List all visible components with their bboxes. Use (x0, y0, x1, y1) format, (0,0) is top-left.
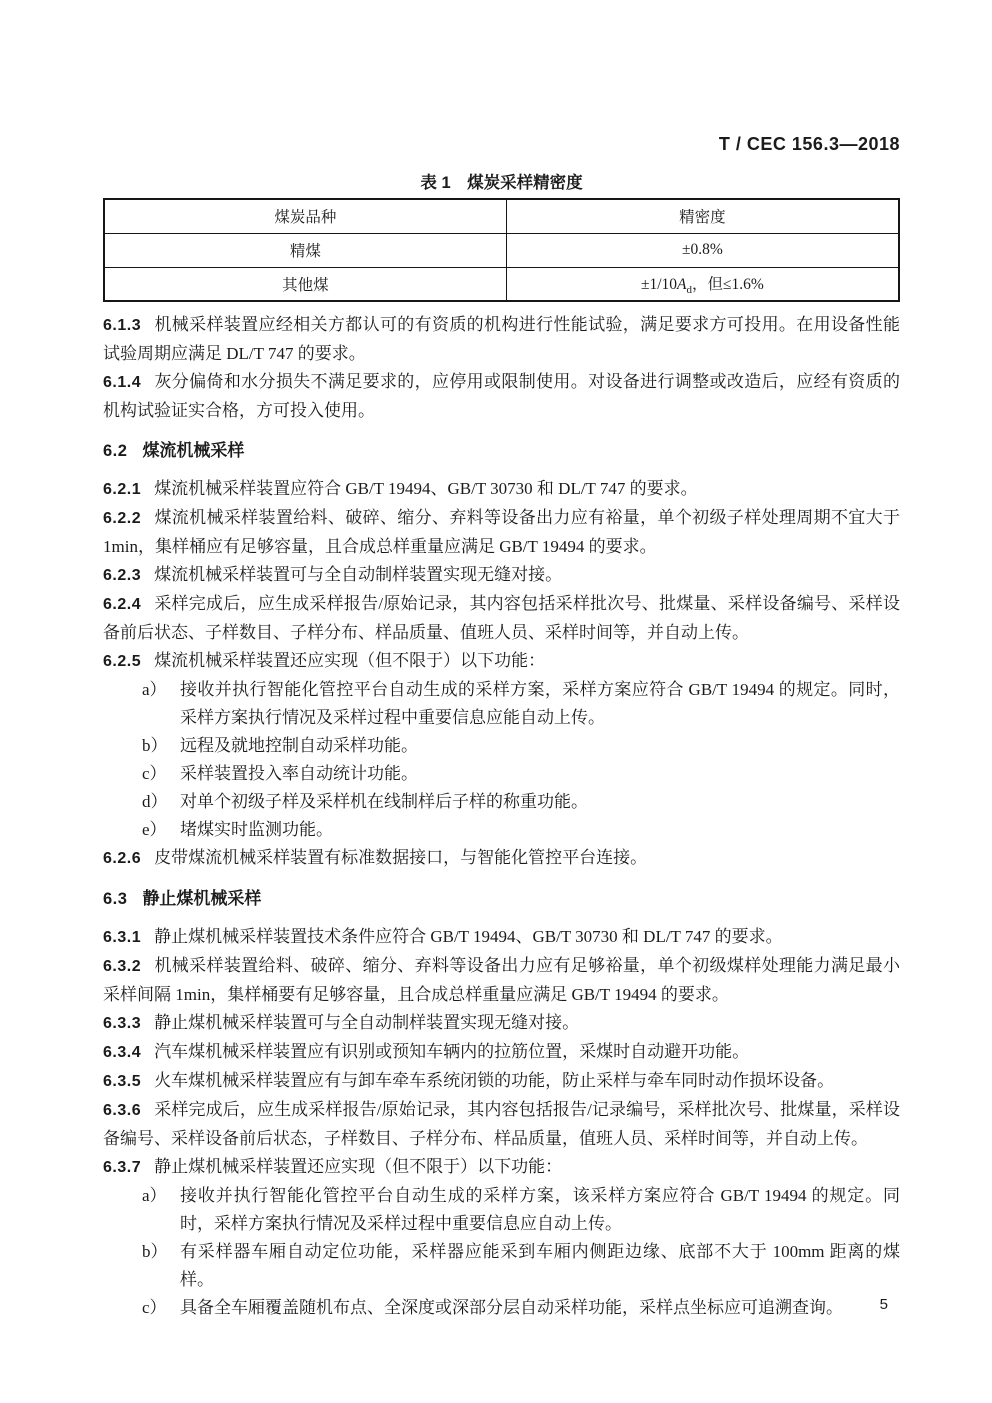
list-text: 远程及就地控制自动采样功能。 (180, 732, 900, 760)
clause-number: 6.3.5 (103, 1073, 141, 1090)
clause-text: 煤流机械采样装置还应实现（但不限于）以下功能： (154, 651, 545, 670)
clause-number: 6.1.4 (103, 374, 141, 391)
clause-6-2-3: 6.2.3煤流机械采样装置可与全自动制样装置实现无缝对接。 (103, 561, 900, 590)
list-marker: c） (142, 760, 180, 788)
section-title: 煤流机械采样 (142, 441, 244, 460)
list-item-6-2-5-c: c）采样装置投入率自动统计功能。 (142, 760, 900, 788)
list-marker: a） (142, 1182, 180, 1238)
table-row: 精煤 ±0.8% (104, 233, 899, 267)
clause-text: 煤流机械采样装置给料、破碎、缩分、弃料等设备出力应有裕量，单个初级子样处理周期不… (103, 508, 900, 556)
table-row: 其他煤 ±1/10Ad，但≤1.6% (104, 267, 899, 301)
table-title: 表 1 煤炭采样精密度 (103, 172, 900, 194)
clause-6-2-5: 6.2.5煤流机械采样装置还应实现（但不限于）以下功能： (103, 647, 900, 676)
clause-text: 采样完成后，应生成采样报告/原始记录，其内容包括采样批次号、批煤量、采样设备编号… (103, 594, 900, 642)
section-title: 静止煤机械采样 (142, 889, 261, 908)
list-text: 接收并执行智能化管控平台自动生成的采样方案，该采样方案应符合 GB/T 1949… (180, 1182, 900, 1238)
list-item-6-3-7-b: b）有采样器车厢自动定位功能，采样器应能采到车厢内侧距边缘、底部不大于 100m… (142, 1238, 900, 1294)
clause-text: 静止煤机械采样装置技术条件应符合 GB/T 19494、GB/T 30730 和… (154, 927, 783, 946)
document-page: T / CEC 156.3—2018 表 1 煤炭采样精密度 煤炭品种 精密度 … (0, 0, 992, 1403)
list-marker: b） (142, 1238, 180, 1294)
clause-text: 火车煤机械采样装置应有与卸车牵车系统闭锁的功能，防止采样与牵车同时动作损坏设备。 (154, 1071, 834, 1090)
list-item-6-3-7-c: c）具备全车厢覆盖随机布点、全深度或深部分层自动采样功能，采样点坐标应可追溯查询… (142, 1294, 900, 1322)
clause-text: 静止煤机械采样装置还应实现（但不限于）以下功能： (154, 1157, 562, 1176)
clause-text: 机械采样装置给料、破碎、缩分、弃料等设备出力应有足够裕量，单个初级煤样处理能力满… (103, 956, 900, 1004)
document-body: 6.1.3机械采样装置应经相关方都认可的有资质的机构进行性能试验，满足要求方可投… (103, 311, 900, 1322)
precision-variable: A (677, 276, 686, 293)
list-item-6-2-5-e: e）堵煤实时监测功能。 (142, 816, 900, 844)
clause-6-3-3: 6.3.3静止煤机械采样装置可与全自动制样装置实现无缝对接。 (103, 1009, 900, 1038)
clause-6-3-5: 6.3.5火车煤机械采样装置应有与卸车牵车系统闭锁的功能，防止采样与牵车同时动作… (103, 1067, 900, 1096)
clause-number: 6.2.6 (103, 850, 141, 867)
clause-text: 皮带煤流机械采样装置有标准数据接口，与智能化管控平台连接。 (154, 848, 647, 867)
clause-text: 静止煤机械采样装置可与全自动制样装置实现无缝对接。 (154, 1013, 579, 1032)
list-text: 具备全车厢覆盖随机布点、全深度或深部分层自动采样功能，采样点坐标应可追溯查询。 (180, 1294, 900, 1322)
clause-number: 6.3.2 (103, 958, 141, 975)
list-text: 堵煤实时监测功能。 (180, 816, 900, 844)
clause-6-2-1: 6.2.1煤流机械采样装置应符合 GB/T 19494、GB/T 30730 和… (103, 475, 900, 504)
cell-variety: 其他煤 (104, 267, 506, 301)
clause-6-1-3: 6.1.3机械采样装置应经相关方都认可的有资质的机构进行性能试验，满足要求方可投… (103, 311, 900, 368)
list-item-6-2-5-b: b）远程及就地控制自动采样功能。 (142, 732, 900, 760)
clause-text: 汽车煤机械采样装置应有识别或预知车辆内的拉筋位置，采煤时自动避开功能。 (154, 1042, 749, 1061)
precision-table: 煤炭品种 精密度 精煤 ±0.8% 其他煤 ±1/10Ad，但≤1.6% (103, 198, 900, 302)
clause-number: 6.3.4 (103, 1044, 141, 1061)
list-text: 有采样器车厢自动定位功能，采样器应能采到车厢内侧距边缘、底部不大于 100mm … (180, 1238, 900, 1294)
list-text: 对单个初级子样及采样机在线制样后子样的称重功能。 (180, 788, 900, 816)
clause-number: 6.3.3 (103, 1015, 141, 1032)
clause-6-1-4: 6.1.4灰分偏倚和水分损失不满足要求的，应停用或限制使用。对设备进行调整或改造… (103, 368, 900, 425)
clause-text: 煤流机械采样装置应符合 GB/T 19494、GB/T 30730 和 DL/T… (154, 479, 698, 498)
section-number: 6.2 (103, 442, 127, 460)
list-item-6-2-5-d: d）对单个初级子样及采样机在线制样后子样的称重功能。 (142, 788, 900, 816)
clause-number: 6.2.3 (103, 567, 141, 584)
clause-number: 6.3.1 (103, 929, 141, 946)
clause-number: 6.3.7 (103, 1159, 141, 1176)
clause-6-3-1: 6.3.1静止煤机械采样装置技术条件应符合 GB/T 19494、GB/T 30… (103, 923, 900, 952)
list-marker: d） (142, 788, 180, 816)
list-marker: b） (142, 732, 180, 760)
list-text: 采样装置投入率自动统计功能。 (180, 760, 900, 788)
clause-number: 6.3.6 (103, 1102, 141, 1119)
clause-number: 6.1.3 (103, 317, 141, 334)
clause-6-3-7: 6.3.7静止煤机械采样装置还应实现（但不限于）以下功能： (103, 1153, 900, 1182)
clause-number: 6.2.1 (103, 481, 141, 498)
clause-text: 煤流机械采样装置可与全自动制样装置实现无缝对接。 (154, 565, 562, 584)
page-number: 5 (880, 1295, 888, 1315)
clause-6-2-2: 6.2.2煤流机械采样装置给料、破碎、缩分、弃料等设备出力应有裕量，单个初级子样… (103, 504, 900, 561)
clause-6-2-4: 6.2.4采样完成后，应生成采样报告/原始记录，其内容包括采样批次号、批煤量、采… (103, 590, 900, 647)
list-marker: c） (142, 1294, 180, 1322)
list-marker: a） (142, 676, 180, 732)
table-header-row: 煤炭品种 精密度 (104, 199, 899, 233)
list-text: 接收并执行智能化管控平台自动生成的采样方案，采样方案应符合 GB/T 19494… (180, 676, 900, 732)
clause-6-2-6: 6.2.6皮带煤流机械采样装置有标准数据接口，与智能化管控平台连接。 (103, 844, 900, 873)
list-item-6-3-7-a: a）接收并执行智能化管控平台自动生成的采样方案，该采样方案应符合 GB/T 19… (142, 1182, 900, 1238)
cell-variety: 精煤 (104, 233, 506, 267)
column-header-variety: 煤炭品种 (104, 199, 506, 233)
section-heading-6-3: 6.3静止煤机械采样 (103, 885, 900, 913)
list-marker: e） (142, 816, 180, 844)
clause-number: 6.2.2 (103, 510, 141, 527)
column-header-precision: 精密度 (506, 199, 899, 233)
clause-number: 6.2.4 (103, 596, 141, 613)
standard-code: T / CEC 156.3—2018 (103, 134, 900, 154)
clause-6-3-4: 6.3.4汽车煤机械采样装置应有识别或预知车辆内的拉筋位置，采煤时自动避开功能。 (103, 1038, 900, 1067)
section-heading-6-2: 6.2煤流机械采样 (103, 437, 900, 465)
precision-prefix: ±1/10 (641, 276, 677, 293)
precision-suffix: ，但≤1.6% (692, 276, 764, 293)
section-number: 6.3 (103, 890, 127, 908)
clause-number: 6.2.5 (103, 653, 141, 670)
list-item-6-2-5-a: a）接收并执行智能化管控平台自动生成的采样方案，采样方案应符合 GB/T 194… (142, 676, 900, 732)
clause-text: 灰分偏倚和水分损失不满足要求的，应停用或限制使用。对设备进行调整或改造后，应经有… (103, 372, 900, 420)
clause-6-3-2: 6.3.2机械采样装置给料、破碎、缩分、弃料等设备出力应有足够裕量，单个初级煤样… (103, 952, 900, 1009)
clause-6-3-6: 6.3.6采样完成后，应生成采样报告/原始记录，其内容包括报告/记录编号，采样批… (103, 1096, 900, 1153)
cell-precision: ±1/10Ad，但≤1.6% (506, 267, 899, 301)
cell-precision: ±0.8% (506, 233, 899, 267)
clause-text: 采样完成后，应生成采样报告/原始记录，其内容包括报告/记录编号，采样批次号、批煤… (103, 1100, 900, 1148)
clause-text: 机械采样装置应经相关方都认可的有资质的机构进行性能试验，满足要求方可投用。在用设… (103, 315, 900, 363)
